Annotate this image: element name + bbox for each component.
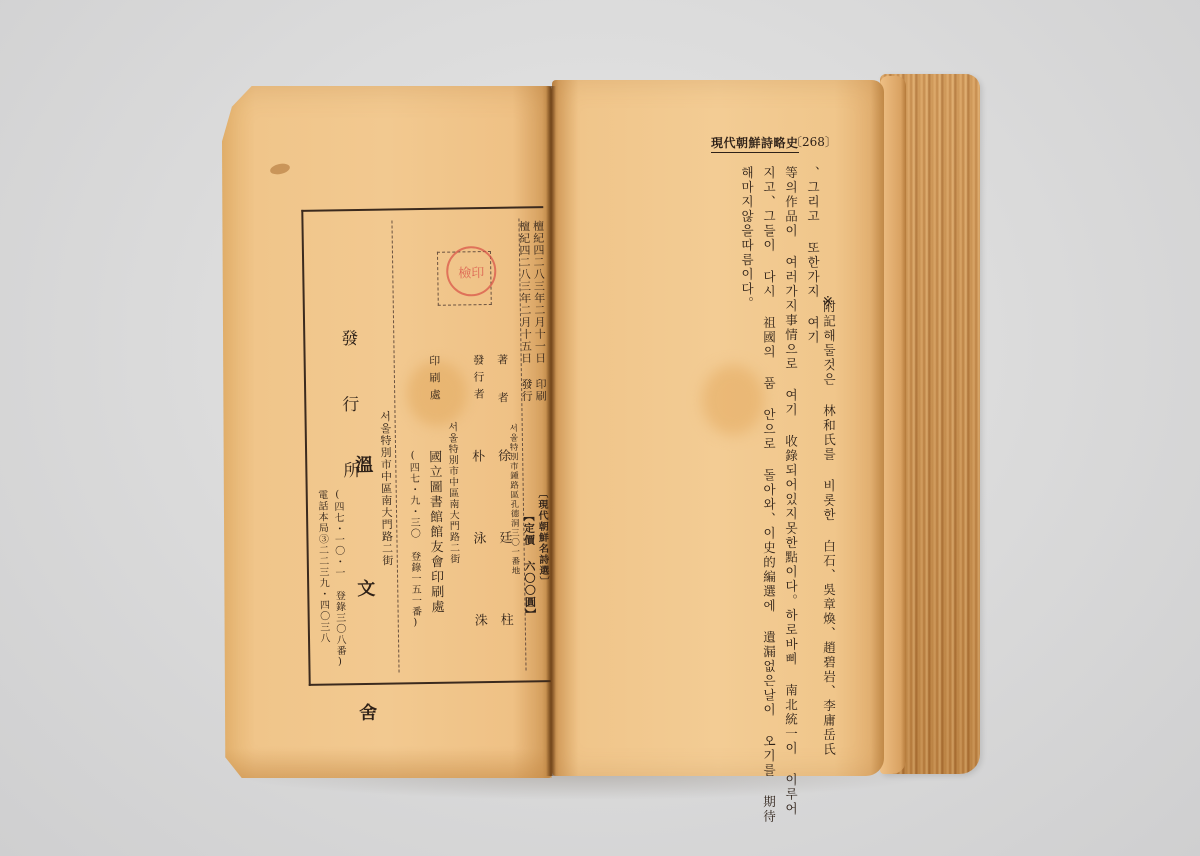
publishing-house-address: 서울特別市中區南大門路二街 [376,411,394,567]
water-stain [702,365,764,435]
publishing-house-registration: (四七・一〇・一 登錄三〇八番) [330,489,348,668]
printer-registration: (四七・九・三〇 登錄一五一番) [405,450,423,629]
publish-date: 檀紀四二八三年二月十五日 發行 [515,220,534,402]
seal-text: 檢印 [458,262,484,281]
text-column-4: 해마지않을따름이다。 [740,166,753,311]
publishing-house-phone: 電話本局③二二三九・四〇三八 [314,490,331,644]
page-number: 〔268〕 [790,133,837,150]
text-column-3: 지고、그들이 다시 祖國의 품 안으로 돌아와、이史的編選에 遺漏없은날이 오기… [762,166,775,824]
publishing-house-name: 溫 文 舍 [349,455,380,765]
left-page-colophon: 檀紀四二八三年二月十一日 印刷 檀紀四二八三年二月十五日 發行 〔現代朝鮮名詩選… [222,86,552,778]
printer-label: 印刷處 [426,355,443,406]
publisher-name: 朴 泳 洙 [467,449,489,654]
note-column: 附記해둘것은 林和氏를 비롯한 白石、吳章煥、趙碧岩、李庸岳氏 [822,300,835,757]
author-label: 著 者 [494,354,511,411]
price: 【定價 六〇〇圓】 [520,510,538,620]
seal-stamp: 檢印 [437,251,492,306]
seal-icon: 檢印 [446,246,497,297]
publisher-label: 發行者 [470,354,487,405]
printer-address: 서울特別市中區南大門路二街 [444,421,461,564]
author-name: 徐 廷 柱 [493,449,515,654]
book-gutter [546,86,556,776]
running-head: 現代朝鮮詩略史 [711,134,799,153]
text-column-1: 、그리고 또한가지 여기 [806,166,819,345]
reference-mark: ※ [822,294,834,310]
colophon-frame: 檀紀四二八三年二月十一日 印刷 檀紀四二八三年二月十五日 發行 〔現代朝鮮名詩選… [301,206,550,686]
printer-name: 國立圖書館館友會印刷處 [424,450,446,615]
text-column-2: 等의作品이 여러가지事情으로 여기 收錄되어있지못한點이다。하로바삐 南北統一이… [784,166,797,817]
ink-stain [269,162,291,176]
book-photo-scene: 檀紀四二八三年二月十一日 印刷 檀紀四二八三年二月十五日 發行 〔現代朝鮮名詩選… [0,0,1200,856]
